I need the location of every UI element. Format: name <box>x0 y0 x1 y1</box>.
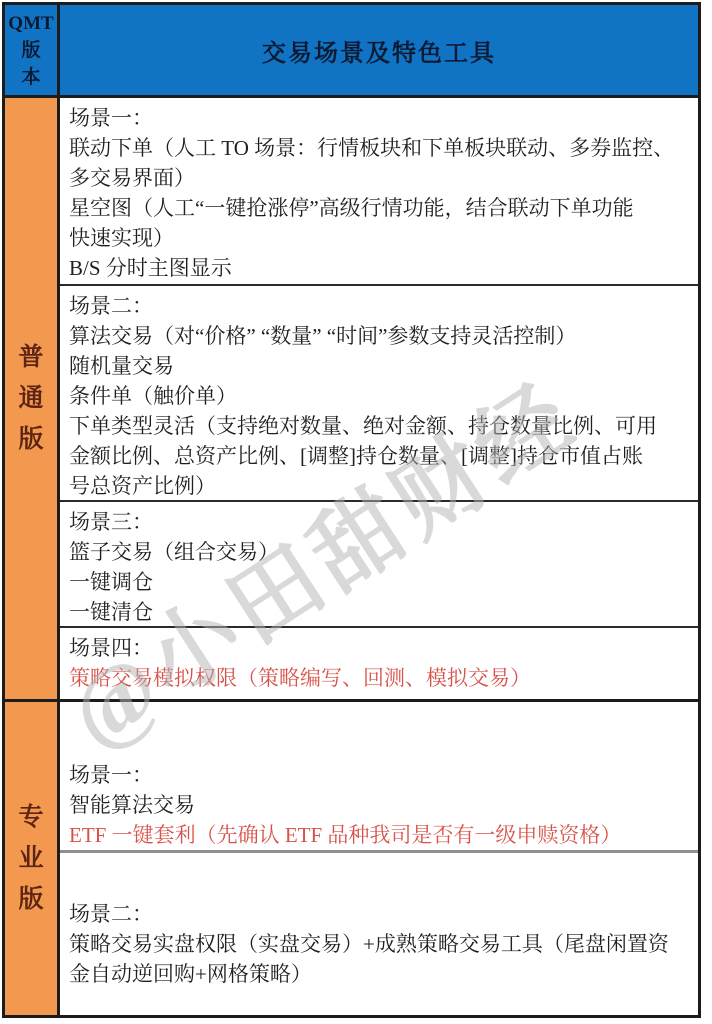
qmt-version-label-line: 版 <box>21 37 40 64</box>
feature-line: 算法交易（对“价格” “数量” “时间”参数支持灵活控制） <box>69 321 692 351</box>
qmt-feature-table: QMT版本 交易场景及特色工具 普通版 场景一：联动下单（人工 TO 场景：行情… <box>2 2 701 1018</box>
feature-line: 场景一： <box>69 760 692 790</box>
version-label-char: 业 <box>18 846 43 871</box>
pro-version-label-cell: 专业版 <box>5 702 60 1015</box>
feature-line: 号总资产比例） <box>69 471 692 501</box>
table-title: 交易场景及特色工具 <box>262 33 496 68</box>
feature-line: 一键清仓 <box>69 597 692 627</box>
feature-line: 策略交易实盘权限（实盘交易）+成熟策略交易工具（尾盘闲置资 <box>69 929 692 959</box>
feature-line: B/S 分时主图显示 <box>69 253 692 283</box>
pro-scenario-2-cell: 场景二：策略交易实盘权限（实盘交易）+成熟策略交易工具（尾盘闲置资金自动逆回购+… <box>60 853 698 1015</box>
feature-line: 场景一： <box>69 103 692 133</box>
feature-line: 一键调仓 <box>69 567 692 597</box>
basic-version-rows: 场景一：联动下单（人工 TO 场景：行情板块和下单板块联动、多券监控、多交易界面… <box>60 98 698 699</box>
pro-version-rows: 场景一：智能算法交易ETF 一键套利（先确认 ETF 品种我司是否有一级申赎资格… <box>60 702 698 1015</box>
qmt-version-label-line: 本 <box>21 64 40 91</box>
basic-scenario-2-cell: 场景二：算法交易（对“价格” “数量” “时间”参数支持灵活控制）随机量交易条件… <box>60 286 698 502</box>
feature-line: 场景二： <box>69 291 692 321</box>
version-label-char: 版 <box>18 887 43 912</box>
feature-line: 金额比例、总资产比例、[调整]持仓数量、[调整]持仓市值占账 <box>69 441 692 471</box>
feature-line: 快速实现） <box>69 223 692 253</box>
feature-line: 联动下单（人工 TO 场景：行情板块和下单板块联动、多券监控、 <box>69 133 692 163</box>
version-label-char: 通 <box>18 386 43 411</box>
feature-line: 条件单（触价单） <box>69 381 692 411</box>
feature-line: 下单类型灵活（支持绝对数量、绝对金额、持仓数量比例、可用 <box>69 411 692 441</box>
feature-line: 篮子交易（组合交易） <box>69 537 692 567</box>
document-canvas: QMT版本 交易场景及特色工具 普通版 场景一：联动下单（人工 TO 场景：行情… <box>0 0 712 1024</box>
basic-version-label-cell: 普通版 <box>5 98 60 699</box>
feature-line: 场景二： <box>69 899 692 929</box>
version-label-char: 专 <box>18 805 43 830</box>
feature-line: 星空图（人工“一键抢涨停”高级行情功能，结合联动下单功能 <box>69 193 692 223</box>
feature-line: 多交易界面） <box>69 163 692 193</box>
feature-line-highlight: 策略交易模拟权限（策略编写、回测、模拟交易） <box>69 663 692 693</box>
section-basic-version: 普通版 场景一：联动下单（人工 TO 场景：行情板块和下单板块联动、多券监控、多… <box>5 98 698 702</box>
feature-line-highlight: ETF 一键套利（先确认 ETF 品种我司是否有一级申赎资格） <box>69 820 692 850</box>
feature-line: 随机量交易 <box>69 351 692 381</box>
feature-line: 场景三： <box>69 507 692 537</box>
table-title-cell: 交易场景及特色工具 <box>60 5 698 95</box>
version-label-char: 版 <box>18 427 43 452</box>
table-header-row: QMT版本 交易场景及特色工具 <box>5 5 698 98</box>
basic-scenario-3-cell: 场景三：篮子交易（组合交易）一键调仓一键清仓 <box>60 502 698 628</box>
qmt-version-label-line: QMT <box>8 10 53 37</box>
basic-scenario-1-cell: 场景一：联动下单（人工 TO 场景：行情板块和下单板块联动、多券监控、多交易界面… <box>60 98 698 286</box>
basic-scenario-4-cell: 场景四：策略交易模拟权限（策略编写、回测、模拟交易） <box>60 628 698 699</box>
version-label-char: 普 <box>18 345 43 370</box>
qmt-version-header-cell: QMT版本 <box>5 5 60 95</box>
feature-line: 金自动逆回购+网格策略） <box>69 959 692 989</box>
pro-scenario-1-cell: 场景一：智能算法交易ETF 一键套利（先确认 ETF 品种我司是否有一级申赎资格… <box>60 702 698 853</box>
section-pro-version: 专业版 场景一：智能算法交易ETF 一键套利（先确认 ETF 品种我司是否有一级… <box>5 702 698 1015</box>
feature-line: 智能算法交易 <box>69 790 692 820</box>
feature-line: 场景四： <box>69 633 692 663</box>
